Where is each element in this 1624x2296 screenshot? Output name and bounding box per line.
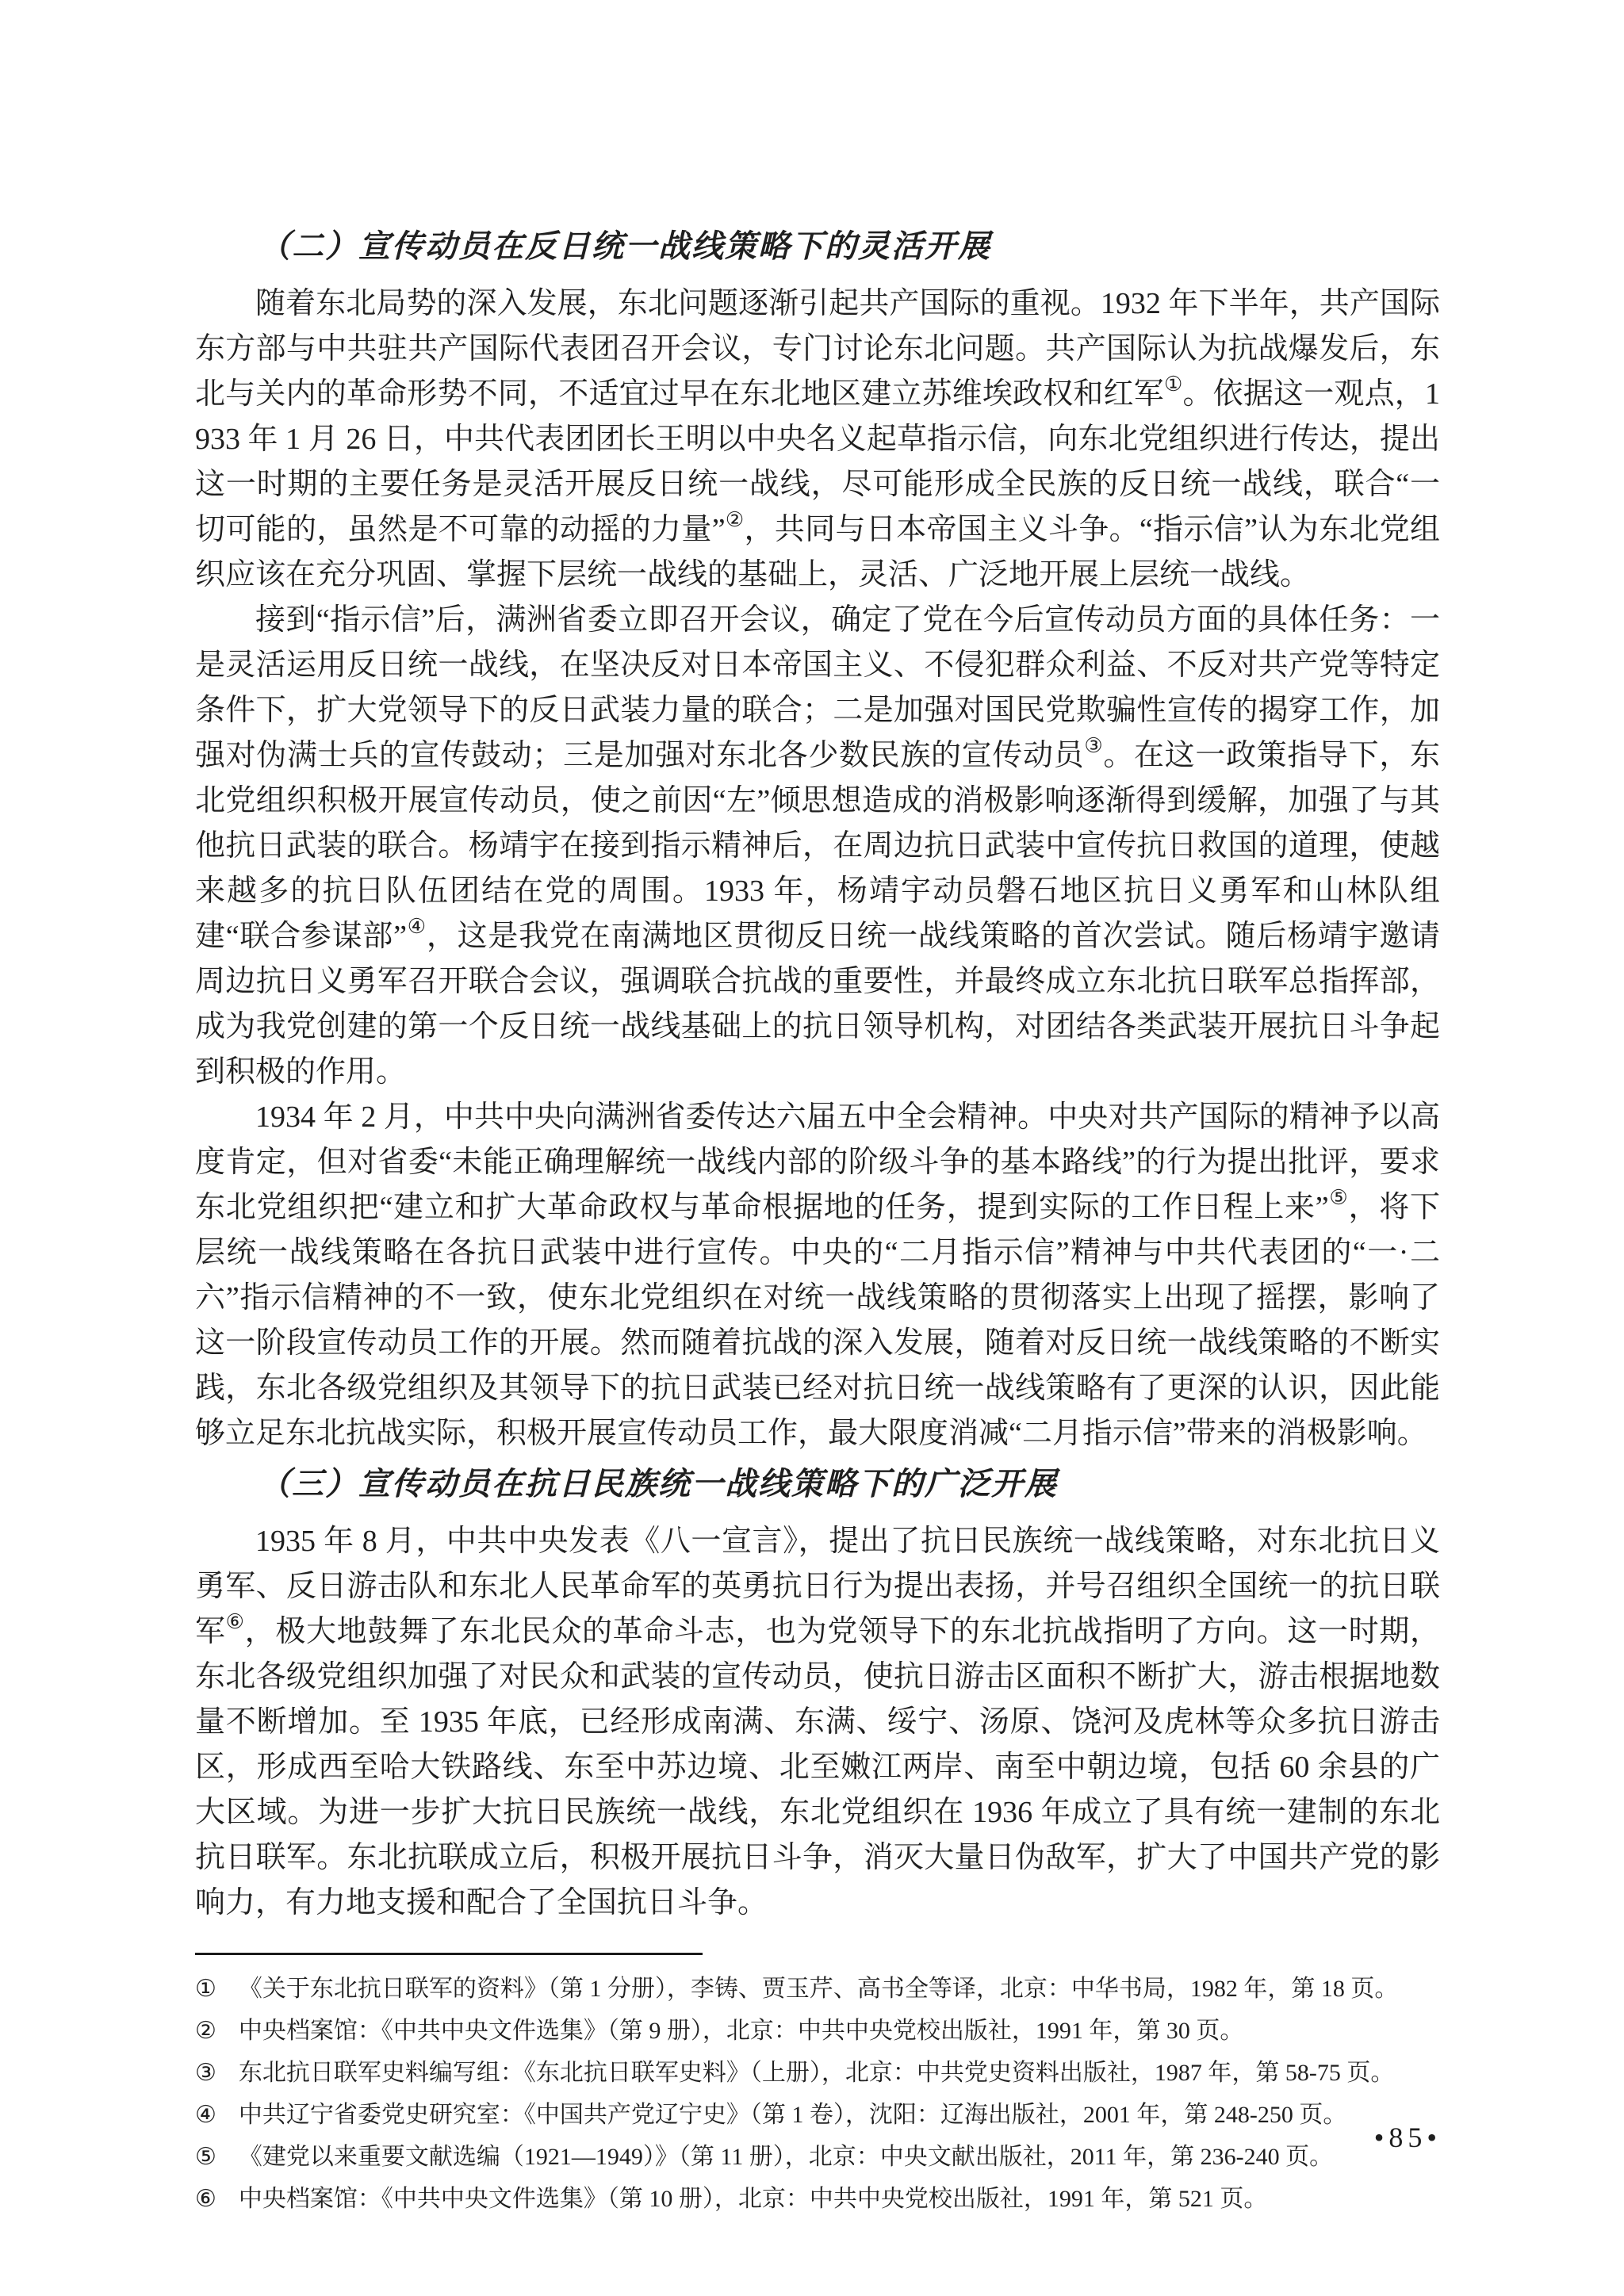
paragraph-text: ，极大地鼓舞了东北民众的革命斗志，也为党领导下的东北抗战指明了方向。这一时期，东…: [195, 1615, 1440, 1919]
footnote-marker: ②: [195, 2010, 216, 2052]
footnote-ref-5: ⑤: [1329, 1186, 1349, 1209]
footnote-marker: ④: [195, 2094, 216, 2136]
footnote-separator: [195, 1953, 703, 1955]
footnote-text: 《建党以来重要文献选编（1921—1949）》（第 11 册），北京：中央文献出…: [239, 2136, 1440, 2178]
paragraph-2: 接到“指示信”后，满洲省委立即召开会议，确定了党在今后宣传动员方面的具体任务：一…: [195, 598, 1440, 1095]
footnote-text: 中共辽宁省委党史研究室：《中国共产党辽宁史》（第 1 卷），沈阳：辽海出版社，2…: [239, 2094, 1440, 2136]
footnote-ref-1: ①: [1164, 373, 1183, 396]
footnote-ref-2: ②: [726, 508, 745, 531]
footnote-4: ④ 中共辽宁省委党史研究室：《中国共产党辽宁史》（第 1 卷），沈阳：辽海出版社…: [195, 2094, 1440, 2136]
document-page: （二）宣传动员在反日统一战线策略下的灵活开展 随着东北局势的深入发展，东北问题逐…: [0, 0, 1624, 2296]
footnote-area: ① 《关于东北抗日联军的资料》（第 1 分册），李铸、贾玉芹、高书全等译，北京：…: [195, 1953, 1440, 2220]
footnote-text: 东北抗日联军史料编写组：《东北抗日联军史料》（上册），北京：中共党史资料出版社，…: [239, 2052, 1440, 2094]
footnote-ref-6: ⑥: [226, 1610, 245, 1633]
footnote-2: ② 中央档案馆：《中共中央文件选集》（第 9 册），北京：中共中央党校出版社，1…: [195, 2010, 1440, 2052]
footnote-text: 《关于东北抗日联军的资料》（第 1 分册），李铸、贾玉芹、高书全等译，北京：中华…: [239, 1968, 1440, 2010]
footnote-5: ⑤ 《建党以来重要文献选编（1921—1949）》（第 11 册），北京：中央文…: [195, 2136, 1440, 2178]
footnote-text: 中央档案馆：《中共中央文件选集》（第 9 册），北京：中共中央党校出版社，199…: [239, 2010, 1440, 2052]
page-number: •85•: [1374, 2122, 1442, 2153]
paragraph-1: 随着东北局势的深入发展，东北问题逐渐引起共产国际的重视。1932 年下半年，共产…: [195, 281, 1440, 598]
footnote-ref-4: ④: [407, 915, 427, 938]
footnote-ref-3: ③: [1084, 734, 1103, 757]
section-heading-2: （二）宣传动员在反日统一战线策略下的灵活开展: [195, 224, 1440, 269]
footnote-1: ① 《关于东北抗日联军的资料》（第 1 分册），李铸、贾玉芹、高书全等译，北京：…: [195, 1968, 1440, 2010]
section-heading-3: （三）宣传动员在抗日民族统一战线策略下的广泛开展: [195, 1461, 1440, 1506]
footnote-text: 中央档案馆：《中共中央文件选集》（第 10 册），北京：中共中央党校出版社，19…: [239, 2178, 1440, 2220]
footnote-6: ⑥ 中央档案馆：《中共中央文件选集》（第 10 册），北京：中共中央党校出版社，…: [195, 2178, 1440, 2220]
footnote-marker: ⑤: [195, 2136, 216, 2178]
paragraph-4: 1935 年 8 月，中共中央发表《八一宣言》，提出了抗日民族统一战线策略，对东…: [195, 1519, 1440, 1926]
footnote-marker: ③: [195, 2052, 216, 2094]
footnote-marker: ⑥: [195, 2178, 216, 2220]
paragraph-3: 1934 年 2 月，中共中央向满洲省委传达六届五中全会精神。中央对共产国际的精…: [195, 1095, 1440, 1456]
text-column: （二）宣传动员在反日统一战线策略下的灵活开展 随着东北局势的深入发展，东北问题逐…: [195, 224, 1440, 2220]
footnote-marker: ①: [195, 1968, 216, 2010]
footnote-3: ③ 东北抗日联军史料编写组：《东北抗日联军史料》（上册），北京：中共党史资料出版…: [195, 2052, 1440, 2094]
paragraph-text: ，将下层统一战线策略在各抗日武装中进行宣传。中央的“二月指示信”精神与中共代表团…: [195, 1191, 1440, 1450]
paragraph-text: 1934 年 2 月，中共中央向满洲省委传达六届五中全会精神。中央对共产国际的精…: [195, 1100, 1440, 1224]
